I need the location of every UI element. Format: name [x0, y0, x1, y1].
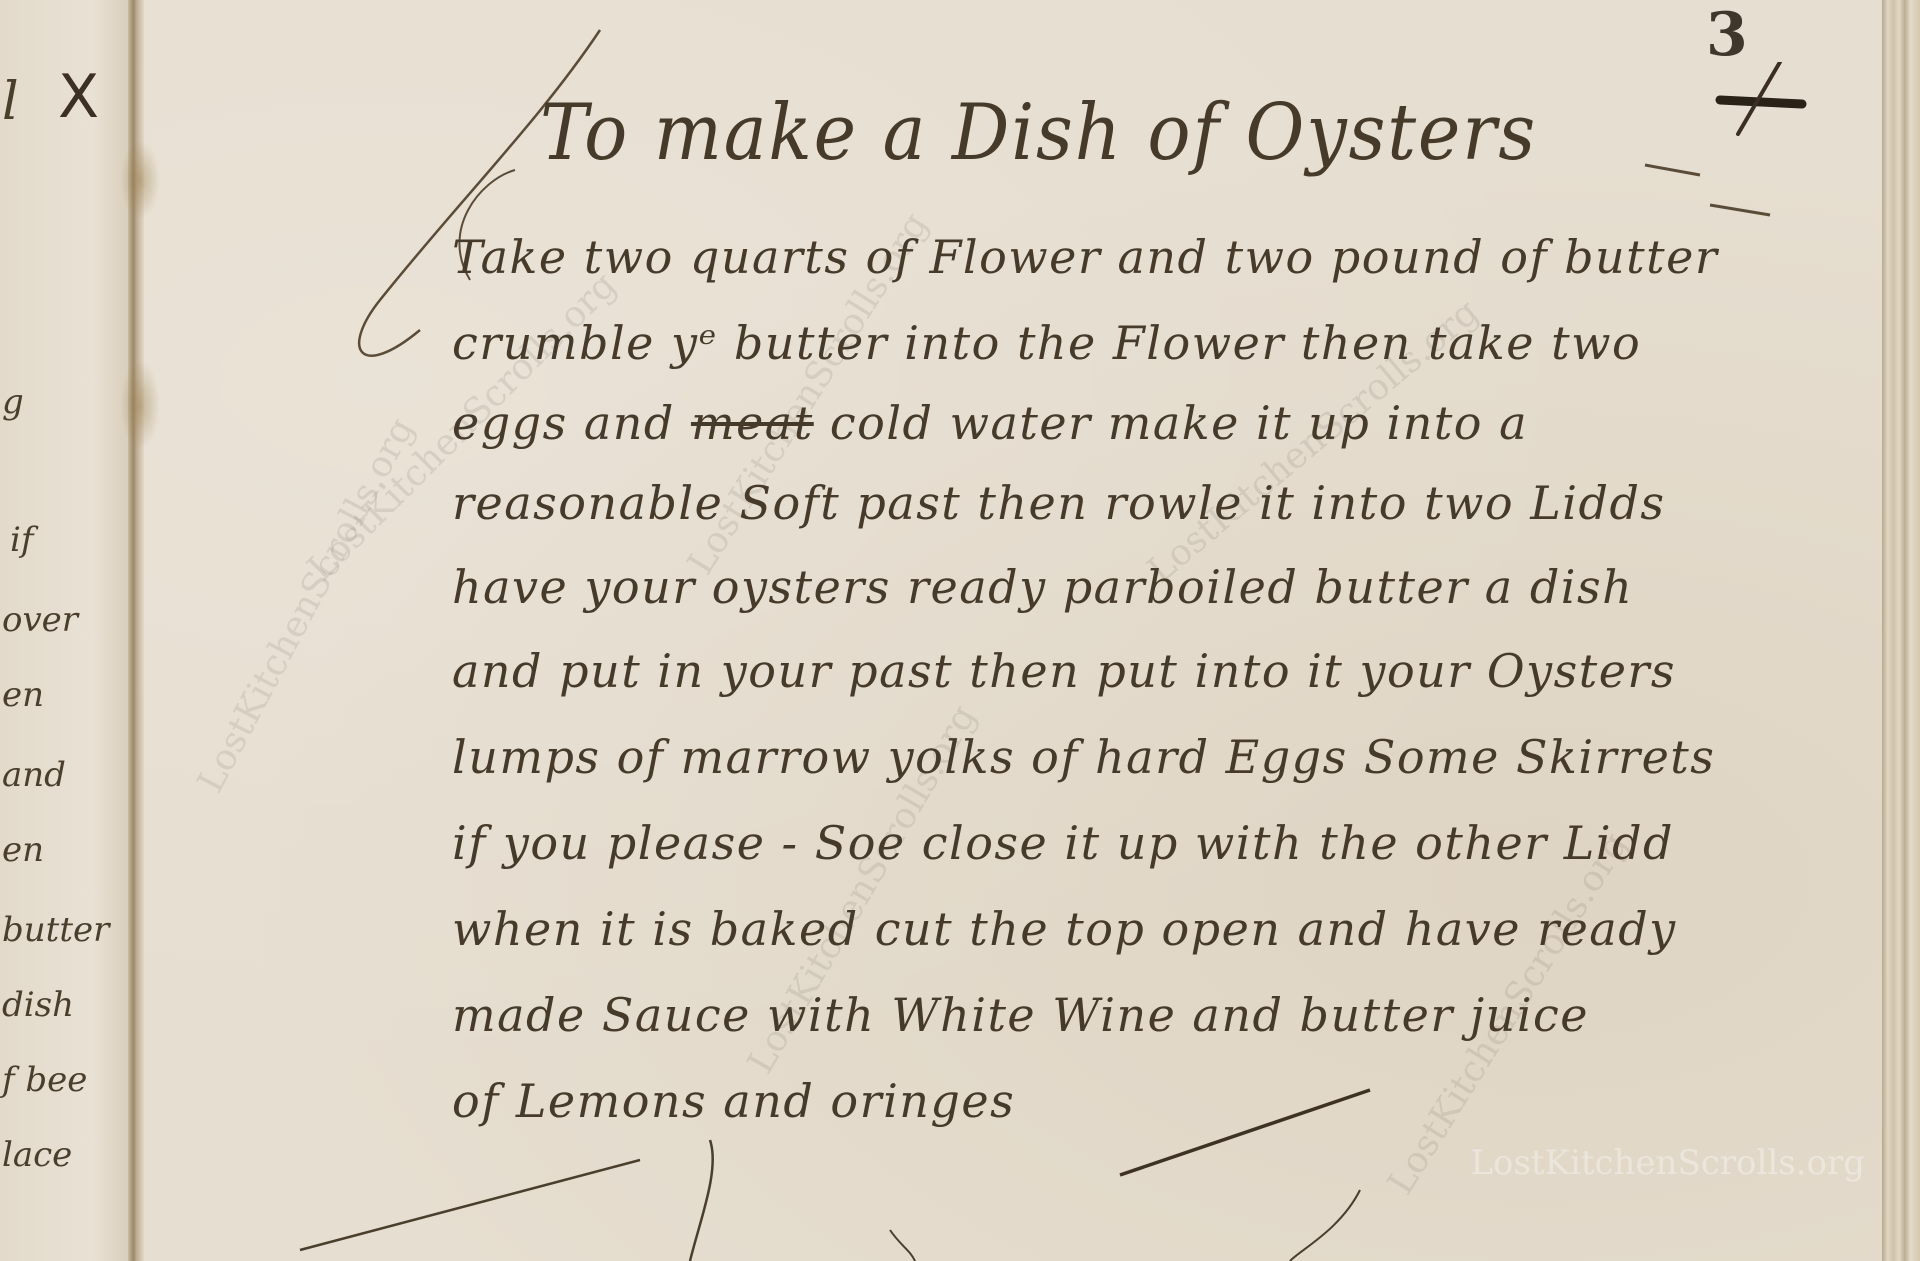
- folio-number: 3: [1706, 0, 1749, 70]
- recipe-line-7: lumps of marrow yolks of hard Eggs Some …: [452, 730, 1715, 784]
- page-edge: [1882, 0, 1920, 1261]
- left-fragment: butter: [2, 910, 109, 950]
- left-fragment: dish: [2, 985, 74, 1025]
- recipe-title: To make a Dish of Oysters: [540, 88, 1537, 178]
- watermark-corner: LostKitchenScrolls.org: [1470, 1143, 1865, 1183]
- recipe-line-6: and put in your past then put into it yo…: [452, 644, 1676, 698]
- recipe-line-4: reasonable Soft past then rowle it into …: [452, 476, 1666, 530]
- recipe-line-2: crumble yᵉ butter into the Flower then t…: [452, 316, 1641, 370]
- recipe-line-3: eggs and meat cold water make it up into…: [452, 396, 1528, 450]
- left-fragment: g: [2, 382, 24, 422]
- recipe-line-9: when it is baked cut the top open and ha…: [452, 902, 1677, 956]
- cross-mark: X: [58, 62, 99, 132]
- left-fragment: l: [2, 72, 19, 132]
- left-fragment: en: [2, 675, 44, 715]
- recipe-line-8: if you please - Soe close it up with the…: [452, 816, 1674, 870]
- left-fragment: en: [2, 830, 44, 870]
- left-fragment: and: [2, 755, 66, 795]
- recipe-line-11: of Lemons and oringes: [452, 1074, 1015, 1128]
- recipe-line-10: made Sauce with White Wine and butter ju…: [452, 988, 1589, 1042]
- left-fragment: lace: [2, 1135, 72, 1175]
- gutter-stain: [120, 140, 160, 220]
- recipe-line-5: have your oysters ready parboiled butter…: [452, 560, 1633, 614]
- recipe-line-1: Take two quarts of Flower and two pound …: [452, 230, 1718, 284]
- left-fragment: over: [2, 600, 78, 640]
- gutter-stain: [120, 360, 160, 450]
- plus-mark-icon: [1710, 62, 1810, 142]
- line-3-part: eggs and: [452, 396, 691, 450]
- line-3-part: cold water make it up into a: [814, 396, 1528, 450]
- left-fragment: if: [10, 520, 33, 560]
- left-fragment: f bee: [2, 1060, 87, 1100]
- struck-word: meat: [691, 396, 814, 450]
